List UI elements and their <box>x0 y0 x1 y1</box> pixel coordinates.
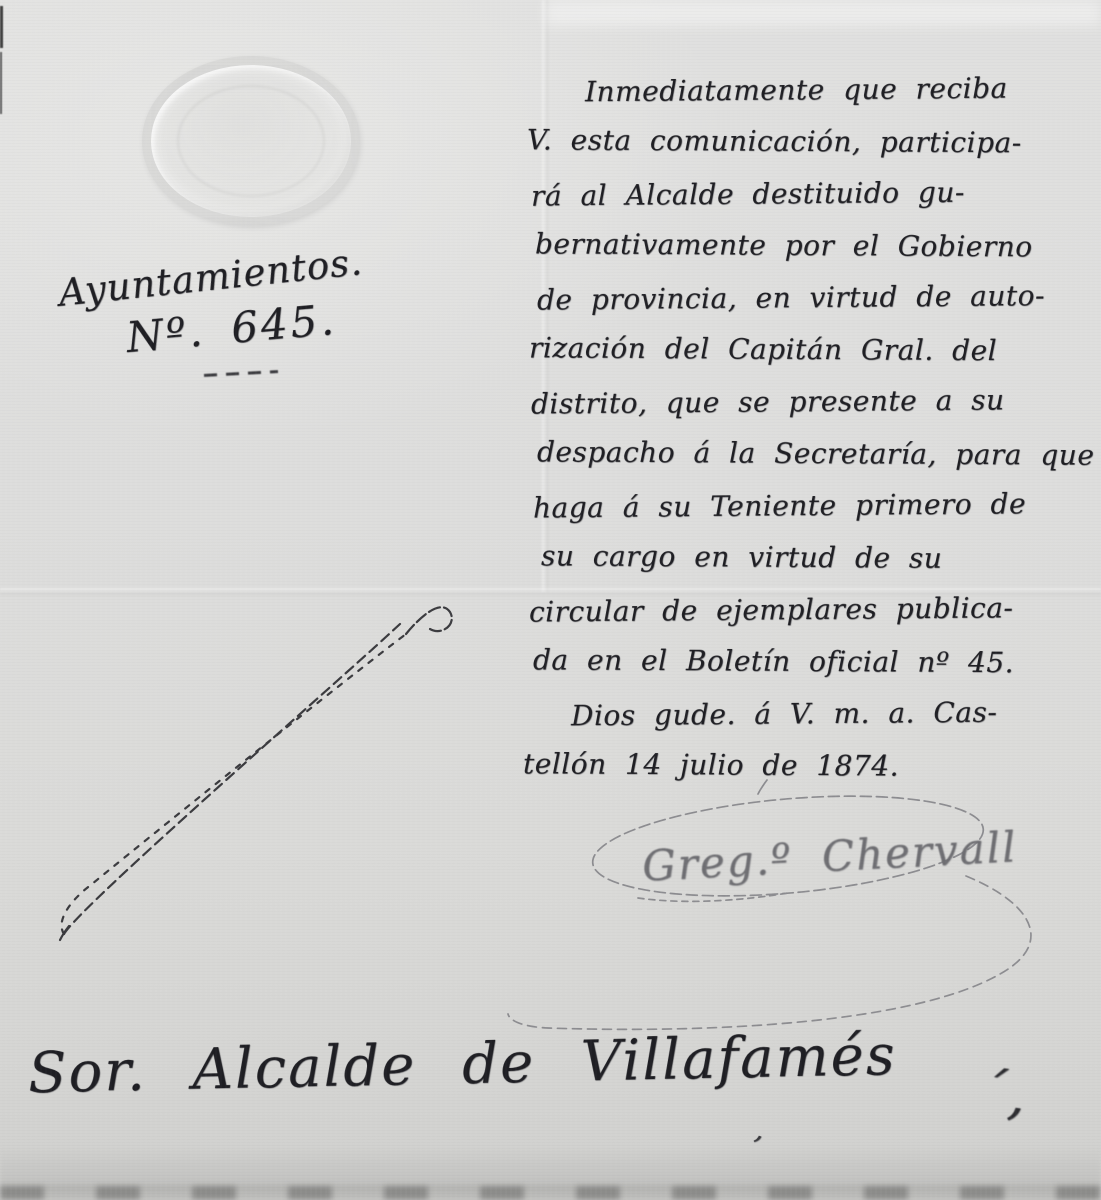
letter-body: Inmediatamente que reciba V. esta comuni… <box>527 64 1101 792</box>
embossed-seal-icon <box>142 56 360 226</box>
body-line: V. esta comunicación, participa- <box>527 114 1101 170</box>
body-line: Inmediatamente que reciba <box>585 62 1101 119</box>
body-line: rización del Capitán Gral. del <box>529 322 1101 378</box>
body-line: da en el Boletín oficial nº 45. <box>533 634 1101 689</box>
scanned-document-page: Ayuntamientos. Nº. 645. Inmediatamente q… <box>0 0 1101 1200</box>
body-line: su cargo en virtud de su <box>541 530 1101 585</box>
body-line: rá al Alcalde destituido gu- <box>531 166 1101 223</box>
body-line: Dios gude. á V. m. a. Cas- <box>571 686 1101 743</box>
document-number: Nº. 645. <box>124 295 338 362</box>
paper-highlight <box>545 0 1101 26</box>
scan-edge-mark <box>0 6 3 48</box>
body-line: distrito, que se presente a su <box>531 374 1101 431</box>
signature-flourish-icon <box>488 778 1101 1050</box>
number-underline <box>204 370 278 377</box>
embossed-seal-inner-ring <box>177 85 325 197</box>
scan-edge-bottom <box>0 1186 1101 1200</box>
paper-shadow-band <box>0 1146 1101 1190</box>
body-line: de provincia, en virtud de auto- <box>537 270 1101 327</box>
addressee-line: Sor. Alcalde de Villafamés <box>27 1023 897 1106</box>
addressee-accent-marks: ´‚ <box>974 1059 1034 1129</box>
body-line: haga á su Teniente primero de <box>533 478 1101 535</box>
body-line: bernativamente por el Gobierno <box>535 218 1101 273</box>
body-line: despacho á la Secretaría, para que <box>537 426 1101 481</box>
scan-edge-mark <box>0 52 2 114</box>
body-line: circular de ejemplares publica- <box>529 581 1101 638</box>
rubric-flourish-icon <box>38 572 468 962</box>
